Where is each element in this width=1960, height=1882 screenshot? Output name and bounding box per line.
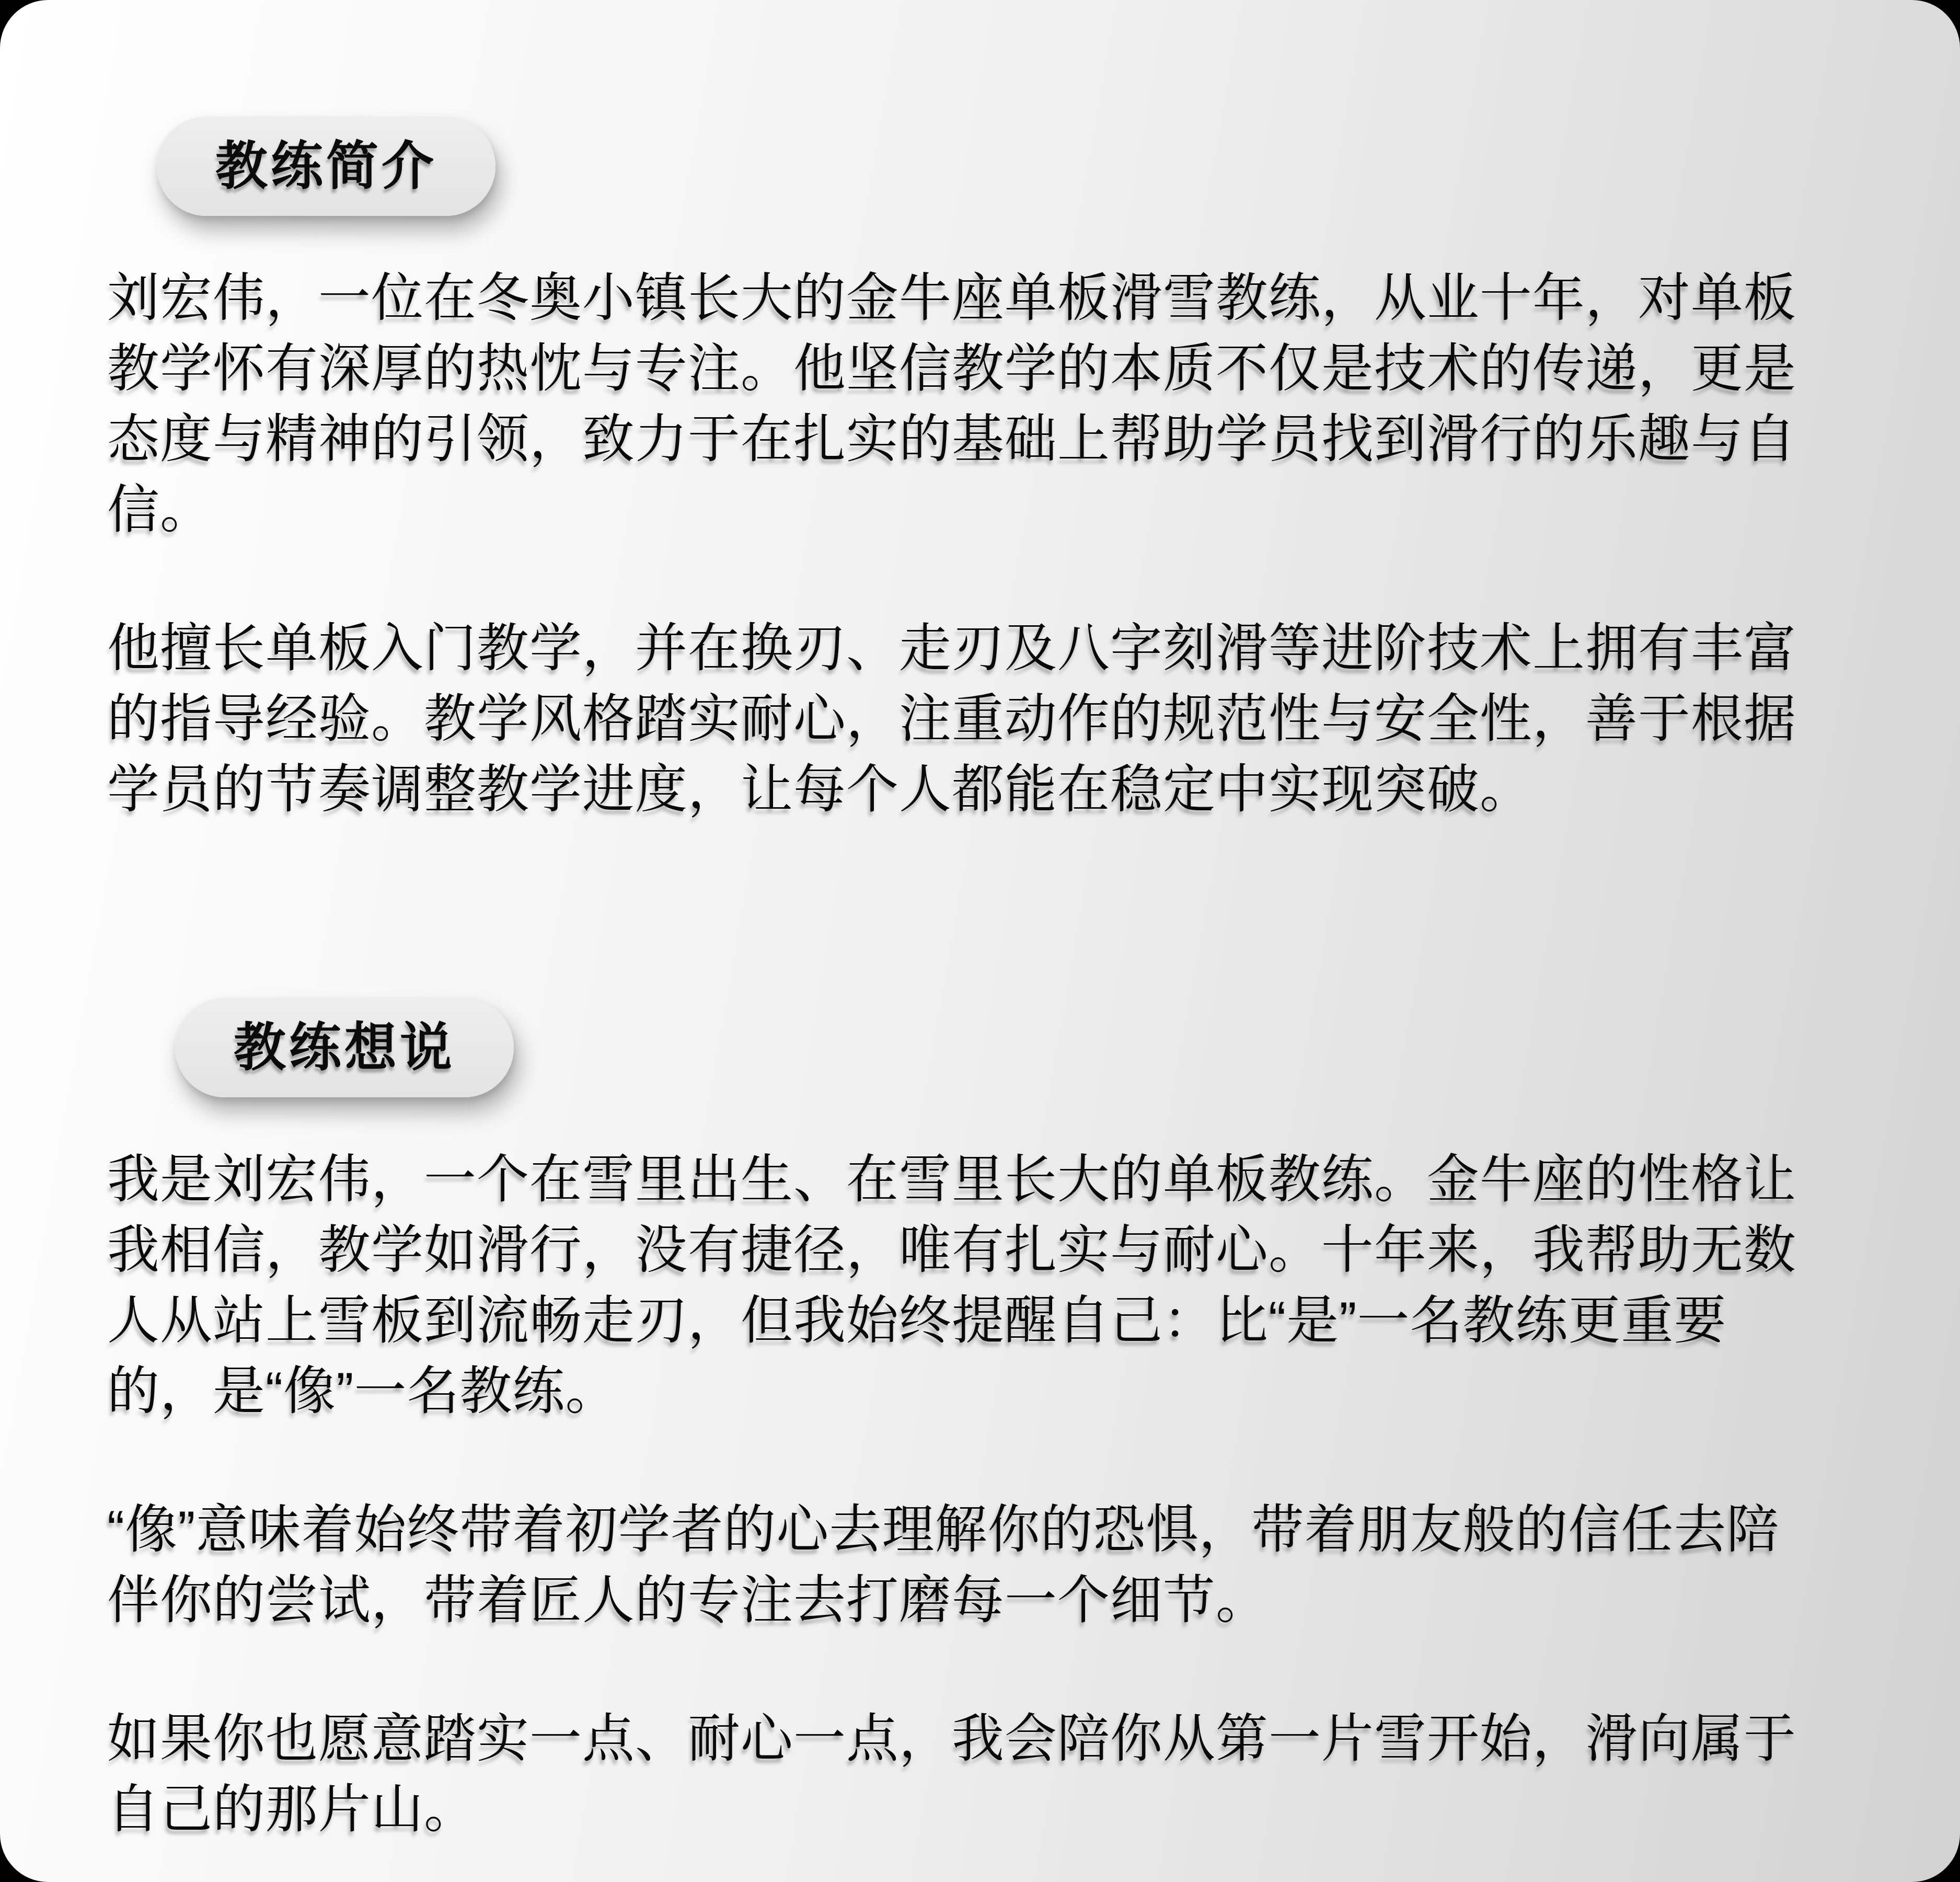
coach-intro-badge: 教练简介	[157, 117, 495, 216]
coach-message-paragraph-1: 我是刘宏伟，一个在雪里出生、在雪里长大的单板教练。金牛座的性格让我相信，教学如滑…	[107, 1144, 1806, 1427]
coach-message-paragraph-2: “像”意味着始终带着初学者的心去理解你的恐惧，带着朋友般的信任去陪伴你的尝试，带…	[107, 1495, 1806, 1636]
coach-intro-paragraph-2: 他擅长单板入门教学，并在换刃、走刃及八字刻滑等进阶技术上拥有丰富的指导经验。教学…	[107, 613, 1806, 825]
section-coach-intro: 教练简介 刘宏伟，一位在冬奥小镇长大的金牛座单板滑雪教练，从业十年，对单板教学怀…	[107, 117, 1806, 825]
coach-intro-paragraph-1: 刘宏伟，一位在冬奥小镇长大的金牛座单板滑雪教练，从业十年，对单板教学怀有深厚的热…	[107, 263, 1806, 545]
section-coach-message: 教练想说 我是刘宏伟，一个在雪里出生、在雪里长大的单板教练。金牛座的性格让我相信…	[107, 998, 1806, 1845]
coach-profile-card: 教练简介 刘宏伟，一位在冬奥小镇长大的金牛座单板滑雪教练，从业十年，对单板教学怀…	[0, 0, 1960, 1882]
coach-message-paragraph-3: 如果你也愿意踏实一点、耐心一点，我会陪你从第一片雪开始，滑向属于自己的那片山。	[107, 1704, 1806, 1845]
coach-message-badge-label: 教练想说	[234, 1022, 455, 1074]
coach-message-badge: 教练想说	[175, 998, 514, 1097]
coach-intro-badge-label: 教练简介	[215, 140, 437, 192]
